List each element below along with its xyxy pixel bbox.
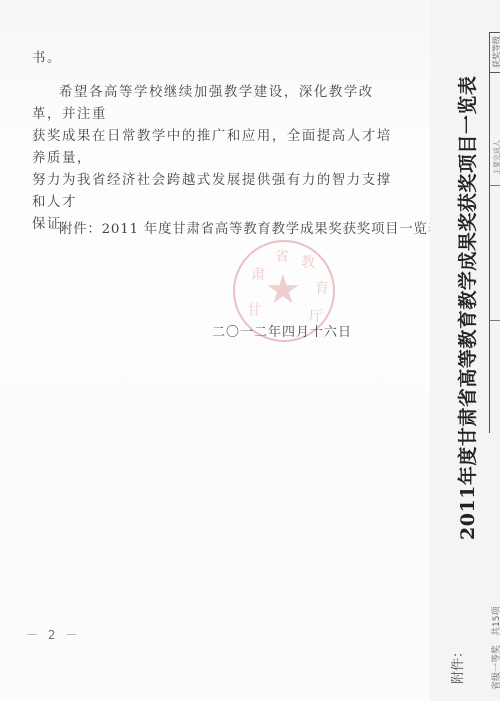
document-body: 书。 希望各高等学校继续加强教学建设，深化教学改革，并注重 获奖成果在日常教学中…: [32, 48, 402, 236]
seal-char: 省: [275, 246, 289, 266]
page-number: － 2 －: [26, 626, 80, 643]
seal-char: 教: [301, 252, 315, 272]
attachment-label: 附件：: [447, 645, 466, 684]
seal-char: 肃: [251, 264, 265, 284]
attachment-meta: 省级一等奖 共15项: [489, 607, 500, 690]
seal-char: 育: [315, 278, 329, 298]
table-divider: [489, 320, 500, 321]
star-icon: ★: [265, 270, 301, 310]
table-divider: [489, 185, 500, 186]
attachment-reference: 附件：2011 年度甘肃省高等教育教学成果奖获奖项目一览表: [59, 218, 442, 237]
table-header-label: 获奖等级: [491, 36, 500, 68]
paragraph-line: 希望各高等学校继续加强教学建设，深化教学改革，并注重: [32, 82, 402, 126]
document-date: 二〇一二年四月十六日: [212, 321, 352, 340]
paragraph-line: 努力为我省经济社会跨越式发展提供强有力的智力支撑和人才: [32, 170, 402, 214]
table-column-label: 主要完成人: [492, 140, 500, 175]
attachment-title: 2011年度甘肃省高等教育教学成果奖获奖项目一览表: [453, 76, 480, 540]
paragraph-line: 获奖成果在日常教学中的推广和应用，全面提高人才培养质量，: [32, 126, 402, 170]
seal-char: 甘: [247, 300, 261, 320]
award-table: [489, 32, 500, 433]
text-line: 书。: [32, 48, 402, 70]
